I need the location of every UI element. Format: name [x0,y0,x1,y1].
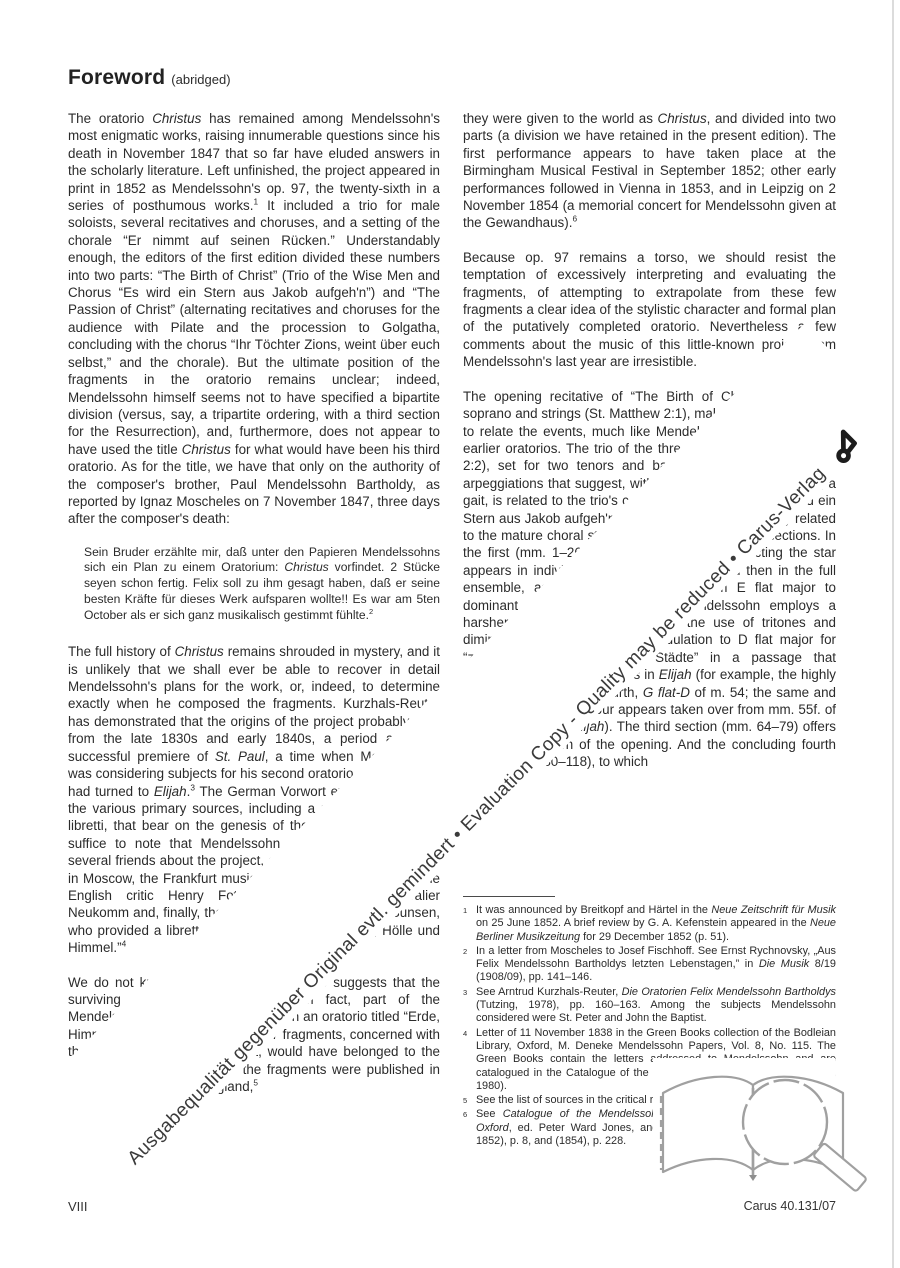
footnote-3: 3See Arntrud Kurzhals-Reuter, Die Orator… [463,986,836,1026]
footnote-number: 1 [463,904,467,917]
footnote-text: In a letter from Moscheles to Josef Fisc… [476,945,836,984]
carus-logo-icon [820,421,868,469]
catalog-number: Carus 40.131/07 [744,1199,836,1213]
footnote-number: 5 [463,1094,467,1107]
footnote-number: 2 [463,945,467,958]
footnote-number: 3 [463,986,467,999]
footnote-2: 2In a letter from Moscheles to Josef Fis… [463,945,836,985]
paragraph-oratorio-intro: The oratorio Christus has remained among… [68,110,440,528]
blockquote-moscheles: Sein Bruder erzählte mir, daß unter den … [84,545,440,624]
footnote-1: 1It was announced by Breitkopf and Härte… [463,904,836,944]
title-suffix: (abridged) [171,72,230,87]
title-text: Foreword [68,66,165,89]
page-title: Foreword(abridged) [68,66,231,90]
footnote-text: It was announced by Breitkopf and Härtel… [476,904,836,943]
foreword-page: Foreword(abridged) The oratorio Christus… [0,0,900,1268]
page-number: VIII [68,1199,88,1214]
paragraph-first-performances: they were given to the world as Christus… [463,110,836,232]
book-magnifier-icon [645,1048,873,1206]
scan-edge-line [892,0,894,1268]
footnote-number: 4 [463,1027,467,1040]
footnote-text: See Arntrud Kurzhals-Reuter, Die Oratori… [476,986,836,1025]
footnote-number: 6 [463,1108,467,1121]
footnote-separator [463,896,555,897]
